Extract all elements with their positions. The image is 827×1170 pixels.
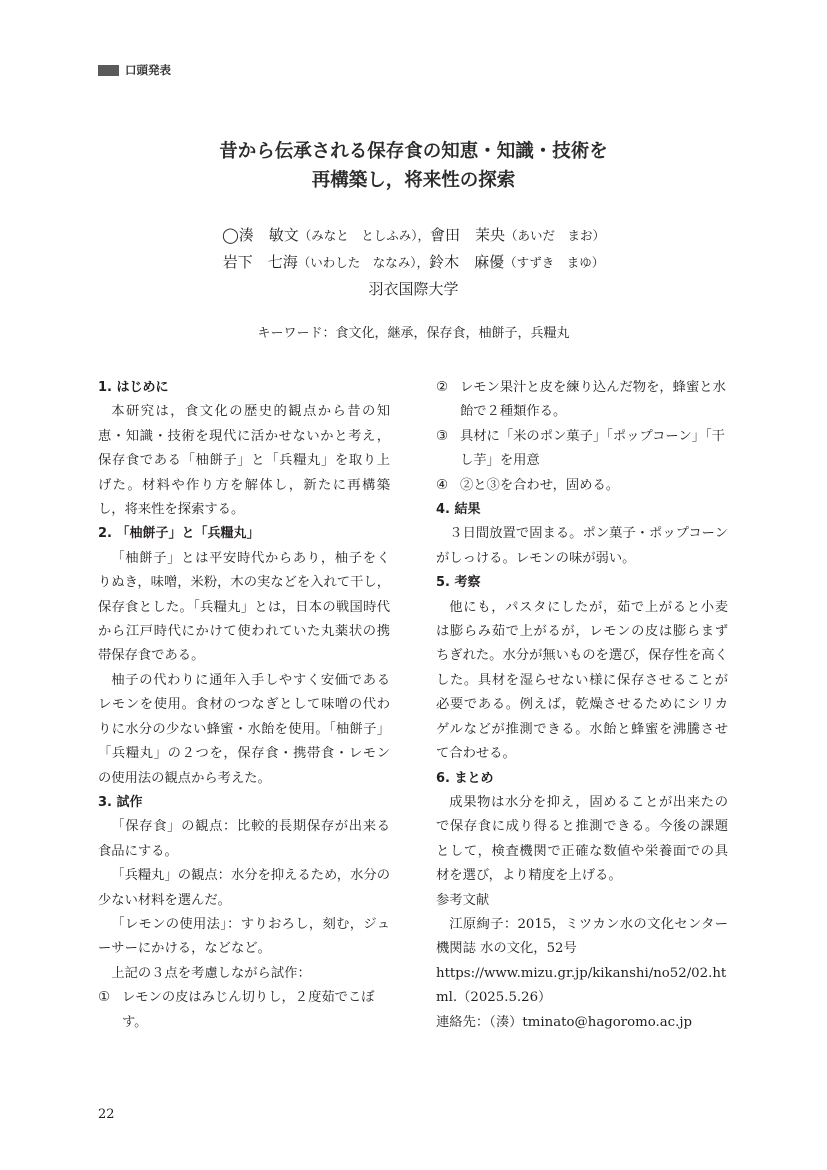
list-item-text: 具材に「米のポン菓子」「ポップコーン」「干し芋」を用意 bbox=[460, 425, 728, 474]
author-kana: （すずき まゆ） bbox=[504, 255, 604, 270]
paragraph: 他にも，パスタにしたが，茹で上がると小麦は膨らみ茹で上がるが，レモンの皮は膨らま… bbox=[436, 596, 728, 767]
section-heading-introduction: 1. はじめに bbox=[98, 376, 390, 400]
list-item-text: ②と③を合わせ，固める。 bbox=[460, 474, 728, 498]
paper-title: 昔から伝承される保存食の知恵・知識・技術を 再構築し，将来性の探索 bbox=[0, 137, 827, 195]
affiliation: 羽衣国際大学 bbox=[0, 276, 827, 302]
section-tag: 口頭発表 bbox=[98, 62, 171, 78]
author-name: 岩下 七海 bbox=[223, 253, 298, 271]
section-heading-prototype: 3. 試作 bbox=[98, 791, 390, 815]
page-number: 22 bbox=[98, 1107, 115, 1122]
references-heading: 参考文献 bbox=[436, 889, 728, 913]
section-heading-results: 4. 結果 bbox=[436, 498, 728, 522]
list-item-text: レモンの皮はみじん切りし，２度茹でこぼす。 bbox=[122, 986, 390, 1035]
author-name: ◯湊 敏文 bbox=[222, 226, 299, 244]
author-kana: （いわした ななみ）， bbox=[298, 255, 429, 270]
section-heading-summary: 6. まとめ bbox=[436, 767, 728, 791]
author-name: 鈴木 麻優 bbox=[429, 253, 504, 271]
contact-info: 連絡先：（湊）tminato@hagoromo.ac.jp bbox=[436, 1011, 728, 1035]
list-item: ③ 具材に「米のポン菓子」「ポップコーン」「干し芋」を用意 bbox=[436, 425, 728, 474]
author-name: 會田 茉央 bbox=[430, 226, 505, 244]
paragraph: 本研究は，食文化の歴史的観点から昔の知恵・知識・技術を現代に活かせないかと考え，… bbox=[98, 400, 390, 522]
paragraph: 成果物は水分を抑え，固めることが出来たので保存食に成り得ると推測できる。今後の課… bbox=[436, 791, 728, 889]
list-item-number: ② bbox=[436, 376, 460, 425]
list-item-number: ③ bbox=[436, 425, 460, 474]
section-tag-label: 口頭発表 bbox=[125, 62, 171, 78]
paragraph: 柚子の代わりに通年入手しやすく安価であるレモンを使用。食材のつなぎとして味噌の代… bbox=[98, 669, 390, 791]
title-line-1: 昔から伝承される保存食の知恵・知識・技術を bbox=[0, 137, 827, 166]
author-kana: （みなと としふみ）， bbox=[299, 228, 430, 243]
list-item-number: ① bbox=[98, 986, 122, 1035]
left-column: 1. はじめに 本研究は，食文化の歴史的観点から昔の知恵・知識・技術を現代に活か… bbox=[98, 376, 390, 1035]
paragraph: 「レモンの使用法」：すりおろし，刻む，ジューサーにかける，などなど。 bbox=[98, 913, 390, 962]
paragraph: ３日間放置で固まる。ポン菓子・ポップコーンがしっける。レモンの味が弱い。 bbox=[436, 522, 728, 571]
author-block: ◯湊 敏文（みなと としふみ），會田 茉央（あいだ まお） 岩下 七海（いわした… bbox=[0, 222, 827, 302]
list-item-number: ④ bbox=[436, 474, 460, 498]
section-heading-yubeshi-hyororogan: 2. 「柚餅子」と「兵糧丸」 bbox=[98, 522, 390, 546]
paragraph: 上記の３点を考慮しながら試作： bbox=[98, 962, 390, 986]
list-item: ④ ②と③を合わせ，固める。 bbox=[436, 474, 728, 498]
paragraph: 「兵糧丸」の観点：水分を抑えるため，水分の少ない材料を選んだ。 bbox=[98, 864, 390, 913]
title-line-2: 再構築し，将来性の探索 bbox=[0, 166, 827, 195]
author-kana: （あいだ まお） bbox=[505, 228, 605, 243]
keywords: キーワード：食文化，継承，保存食，柚餅子，兵糧丸 bbox=[0, 322, 827, 341]
section-heading-discussion: 5. 考察 bbox=[436, 571, 728, 595]
author-line-1: ◯湊 敏文（みなと としふみ），會田 茉央（あいだ まお） bbox=[0, 222, 827, 249]
list-item-text: レモン果汁と皮を練り込んだ物を，蜂蜜と水飴で２種類作る。 bbox=[460, 376, 728, 425]
reference-entry: 江原絢子：2015，ミツカン水の文化センター機関誌 水の文化，52号 bbox=[436, 913, 728, 962]
section-tag-bar bbox=[98, 65, 119, 76]
right-column: ② レモン果汁と皮を練り込んだ物を，蜂蜜と水飴で２種類作る。 ③ 具材に「米のポ… bbox=[436, 376, 728, 1035]
list-item: ② レモン果汁と皮を練り込んだ物を，蜂蜜と水飴で２種類作る。 bbox=[436, 376, 728, 425]
paragraph: 「柚餅子」とは平安時代からあり，柚子をくりぬき，味噌，米粉，木の実などを入れて干… bbox=[98, 547, 390, 669]
list-item: ① レモンの皮はみじん切りし，２度茹でこぼす。 bbox=[98, 986, 390, 1035]
author-line-2: 岩下 七海（いわした ななみ），鈴木 麻優（すずき まゆ） bbox=[0, 249, 827, 276]
reference-url[interactable]: https://www.mizu.gr.jp/kikanshi/no52/02.… bbox=[436, 962, 728, 1011]
paragraph: 「保存食」の観点：比較的長期保存が出来る食品にする。 bbox=[98, 815, 390, 864]
